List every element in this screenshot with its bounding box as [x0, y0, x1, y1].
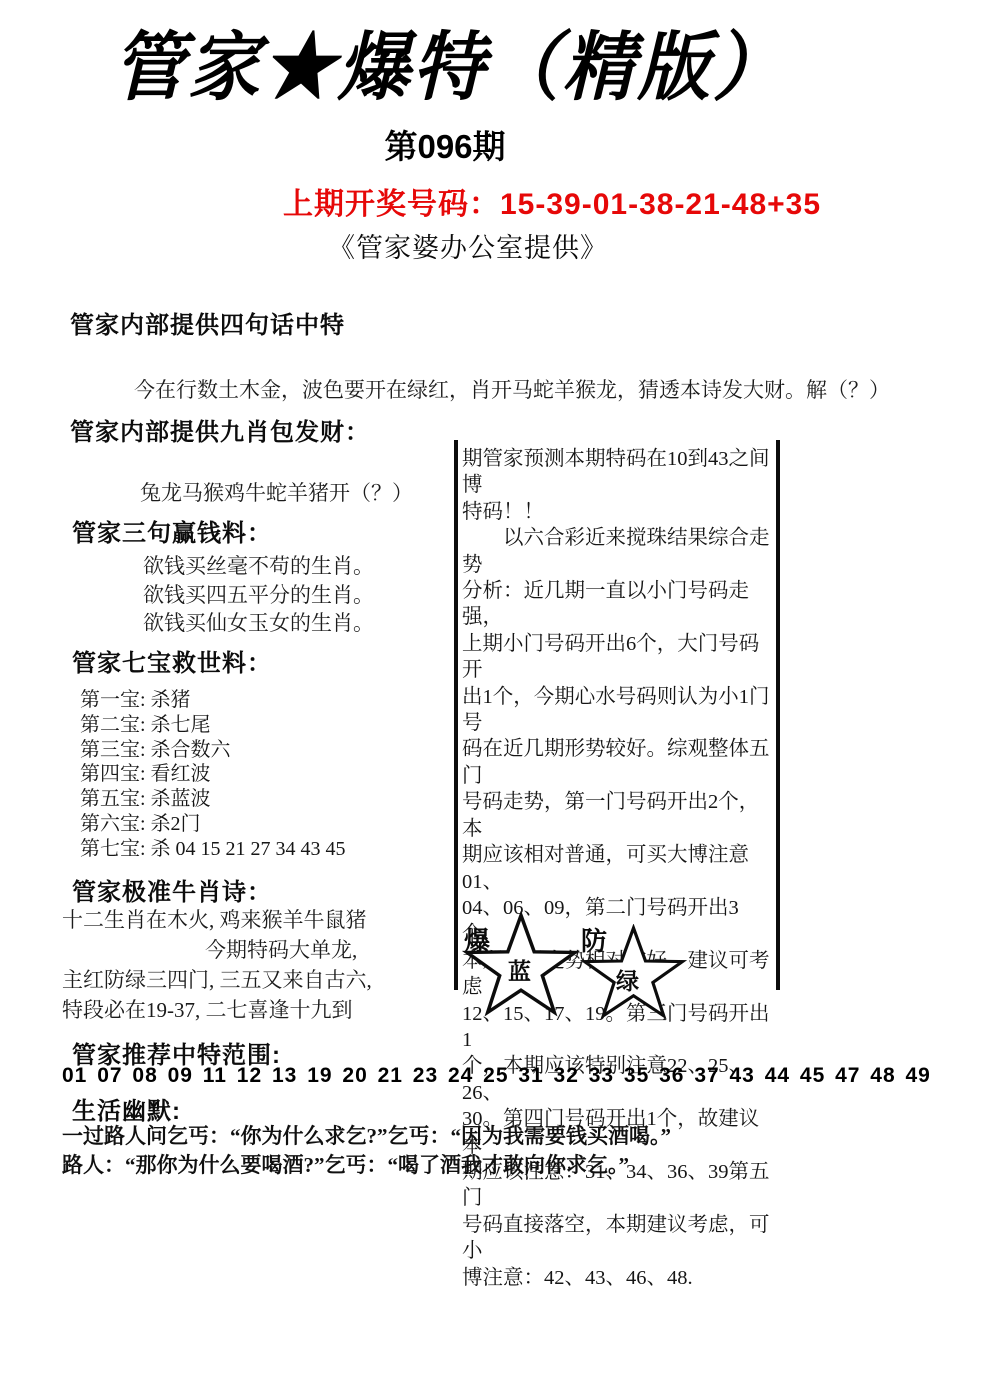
provider-line: 《管家婆办公室提供》: [328, 226, 608, 265]
ox-poem-line-1: 十二生肖在木火, 鸡来猴羊牛鼠猪: [62, 904, 367, 934]
page-title: 管家★爆特（精版）: [60, 16, 840, 120]
last-draw-result: 上期开奖号码：15-39-01-38-21-48+35: [283, 179, 821, 223]
three-sentences-lines: 欲钱买丝毫不苟的生肖。 欲钱买四五平分的生肖。 欲钱买仙女玉女的生肖。: [143, 552, 374, 638]
blue-star-text: 蓝: [508, 953, 531, 986]
ox-poem-line-4: 特段必在19-37, 二七喜逢十九到: [62, 994, 353, 1024]
section-heading-seven-treasures: 管家七宝救世料：: [72, 643, 272, 678]
humor-lines: 一过路人问乞丐：“你为什么求乞?”乞丐：“因为我需要钱买酒喝。” 路人：“那你为…: [62, 1122, 671, 1180]
ox-poem-line-2: 今期特码大单龙,: [205, 934, 357, 964]
four-sentences-poem: 今在行数土木金，波色要开在绿红，肖开马蛇羊猴龙，猜透本诗发大财。解（？）: [134, 374, 890, 404]
green-star-text: 绿: [616, 963, 639, 996]
recommend-numbers: 01 07 08 09 11 12 13 19 20 21 23 24 25 3…: [62, 1064, 931, 1088]
section-heading-three-sentences: 管家三句赢钱料：: [72, 513, 272, 548]
section-heading-ox-poem: 管家极准牛肖诗：: [72, 872, 272, 907]
section-heading-humor: 生活幽默:: [72, 1091, 181, 1126]
section-heading-four-sentences: 管家内部提供四句话中特: [70, 305, 345, 340]
tip-sheet-page: 管家★爆特（精版） 第096期 上期开奖号码：15-39-01-38-21-48…: [0, 0, 981, 1388]
nine-zodiac-line: 兔龙马猴鸡牛蛇羊猪开（？）: [140, 477, 413, 507]
issue-number: 第096期: [85, 121, 805, 168]
forecast-panel-left-rule: [454, 440, 458, 990]
forecast-panel-right-rule: [776, 440, 780, 990]
seven-treasures-list: 第一宝: 杀猪 第二宝: 杀七尾 第三宝: 杀合数六 第四宝: 看红波 第五宝:…: [80, 688, 346, 862]
ox-poem-line-3: 主红防绿三四门, 三五又来自古六,: [62, 964, 372, 994]
section-heading-nine-zodiac: 管家内部提供九肖包发财：: [70, 412, 370, 447]
